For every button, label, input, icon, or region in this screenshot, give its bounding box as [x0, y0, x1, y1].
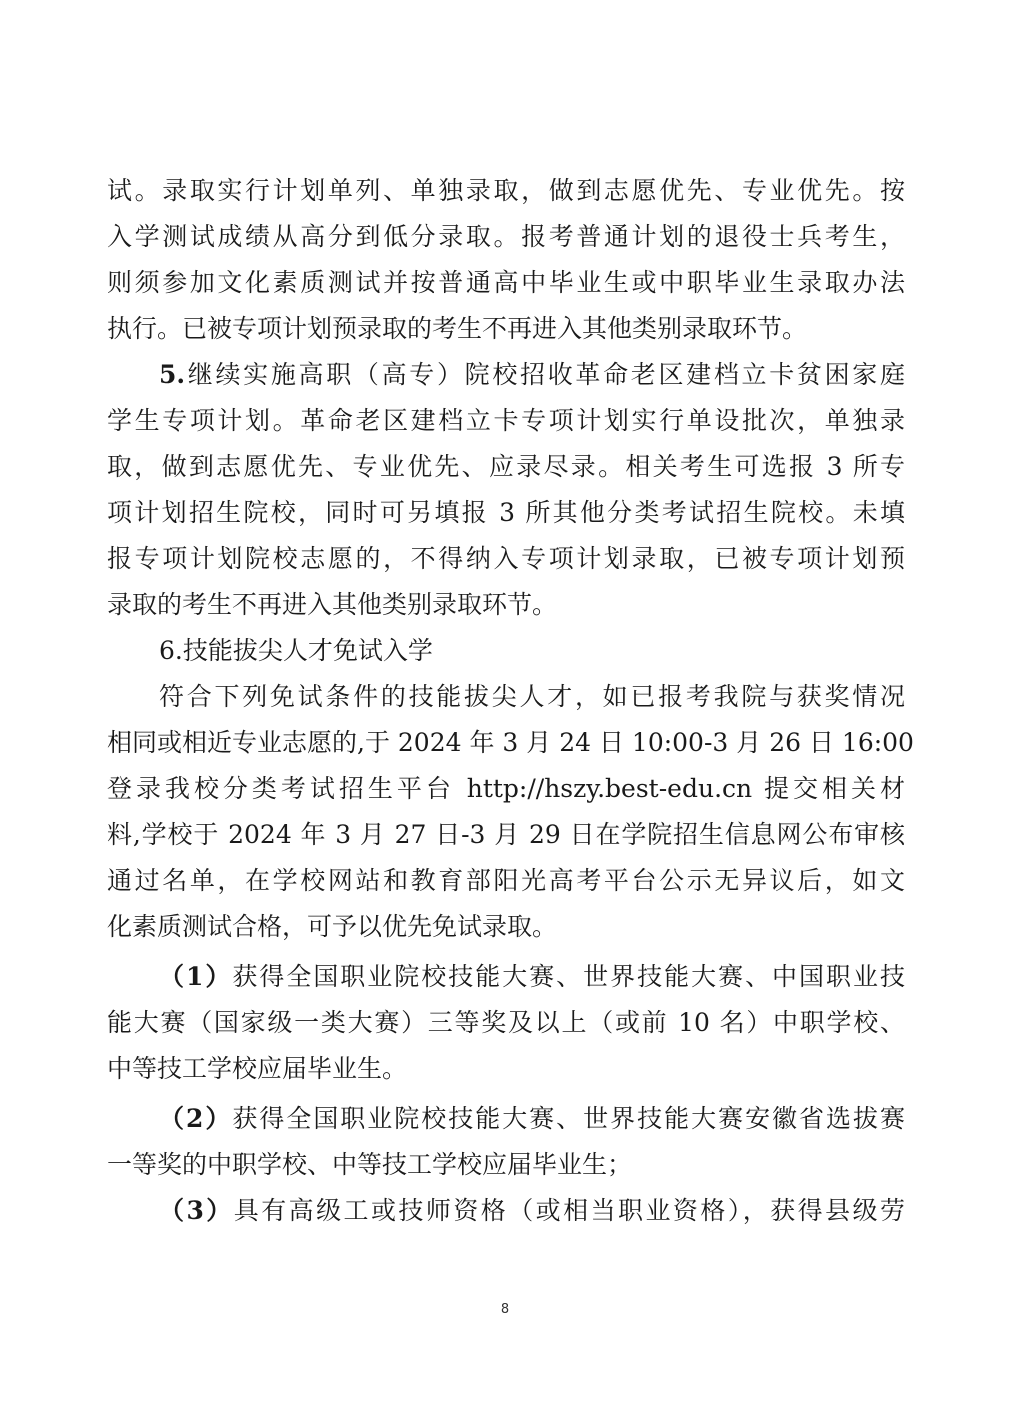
paragraph-item-6-body: 符合下列免试条件的技能拔尖人才，如已报考我院与获奖情况 相同或相近专业志愿的,于…	[107, 674, 905, 950]
text-line: 项计划招生院校，同时可另填报 3 所其他分类考试招生院校。未填	[107, 490, 905, 536]
heading-text: 技能拔尖人才免试入学	[183, 636, 433, 665]
text-line: 报专项计划院校志愿的，不得纳入专项计划录取，已被专项计划预	[107, 536, 905, 582]
text-line: （3）具有高级工或技师资格（或相当职业资格），获得县级劳	[107, 1188, 905, 1234]
item-text: 继续实施高职（高专）院校招收革命老区建档立卡贫困家庭	[185, 360, 905, 389]
text-line: 符合下列免试条件的技能拔尖人才，如已报考我院与获奖情况	[107, 674, 905, 720]
document-page: 试。录取实行计划单列、单独录取，做到志愿优先、专业优先。按 入学测试成绩从高分到…	[0, 0, 1010, 1426]
text-line: 取，做到志愿优先、专业优先、应录尽录。相关考生可选报 3 所专	[107, 444, 905, 490]
document-body: 试。录取实行计划单列、单独录取，做到志愿优先、专业优先。按 入学测试成绩从高分到…	[107, 168, 905, 1234]
text-line: 能大赛（国家级一类大赛）三等奖及以上（或前 10 名）中职学校、	[107, 1000, 905, 1046]
sub-item-number: （1）	[159, 962, 232, 991]
text-line: 学生专项计划。革命老区建档立卡专项计划实行单设批次，单独录	[107, 398, 905, 444]
sub-item-number: （3）	[159, 1196, 234, 1225]
text-line: 录取的考生不再进入其他类别录取环节。	[107, 582, 905, 628]
text-line: 料,学校于 2024 年 3 月 27 日-3 月 29 日在学院招生信息网公布…	[107, 812, 905, 858]
text-line: 试。录取实行计划单列、单独录取，做到志愿优先、专业优先。按	[107, 168, 905, 214]
text-line: 执行。已被专项计划预录取的考生不再进入其他类别录取环节。	[107, 306, 905, 352]
sub-item-text: 具有高级工或技师资格（或相当职业资格），获得县级劳	[234, 1196, 905, 1225]
paragraph-continued: 试。录取实行计划单列、单独录取，做到志愿优先、专业优先。按 入学测试成绩从高分到…	[107, 168, 905, 352]
sub-item-number: （2）	[159, 1104, 232, 1133]
text-line: 一等奖的中职学校、中等技工学校应届毕业生；	[107, 1142, 905, 1188]
sub-item-text: 获得全国职业院校技能大赛、世界技能大赛安徽省选拔赛	[232, 1104, 905, 1133]
text-line: 5.继续实施高职（高专）院校招收革命老区建档立卡贫困家庭	[107, 352, 905, 398]
text-line: 登录我校分类考试招生平台 http://hszy.best-edu.cn 提交相…	[107, 766, 905, 812]
sub-item-text: 获得全国职业院校技能大赛、世界技能大赛、中国职业技	[232, 962, 905, 991]
paragraph-sub-2: （2）获得全国职业院校技能大赛、世界技能大赛安徽省选拔赛 一等奖的中职学校、中等…	[107, 1096, 905, 1188]
paragraph-sub-3: （3）具有高级工或技师资格（或相当职业资格），获得县级劳	[107, 1188, 905, 1234]
item-number: 6.	[159, 636, 183, 665]
text-line: （1）获得全国职业院校技能大赛、世界技能大赛、中国职业技	[107, 954, 905, 1000]
text-line: 中等技工学校应届毕业生。	[107, 1046, 905, 1092]
text-line: 入学测试成绩从高分到低分录取。报考普通计划的退役士兵考生，	[107, 214, 905, 260]
page-number: 8	[0, 1302, 1010, 1317]
text-line: （2）获得全国职业院校技能大赛、世界技能大赛安徽省选拔赛	[107, 1096, 905, 1142]
paragraph-sub-1: （1）获得全国职业院校技能大赛、世界技能大赛、中国职业技 能大赛（国家级一类大赛…	[107, 954, 905, 1092]
text-line: 相同或相近专业志愿的,于 2024 年 3 月 24 日 10:00-3 月 2…	[107, 720, 905, 766]
text-line: 则须参加文化素质测试并按普通高中毕业生或中职毕业生录取办法	[107, 260, 905, 306]
paragraph-item-5: 5.继续实施高职（高专）院校招收革命老区建档立卡贫困家庭 学生专项计划。革命老区…	[107, 352, 905, 628]
paragraph-item-6-heading: 6.技能拔尖人才免试入学	[107, 628, 905, 674]
item-number: 5.	[159, 360, 185, 389]
section-heading: 6.技能拔尖人才免试入学	[107, 628, 905, 674]
text-line: 化素质测试合格，可予以优先免试录取。	[107, 904, 905, 950]
text-line: 通过名单，在学校网站和教育部阳光高考平台公示无异议后，如文	[107, 858, 905, 904]
